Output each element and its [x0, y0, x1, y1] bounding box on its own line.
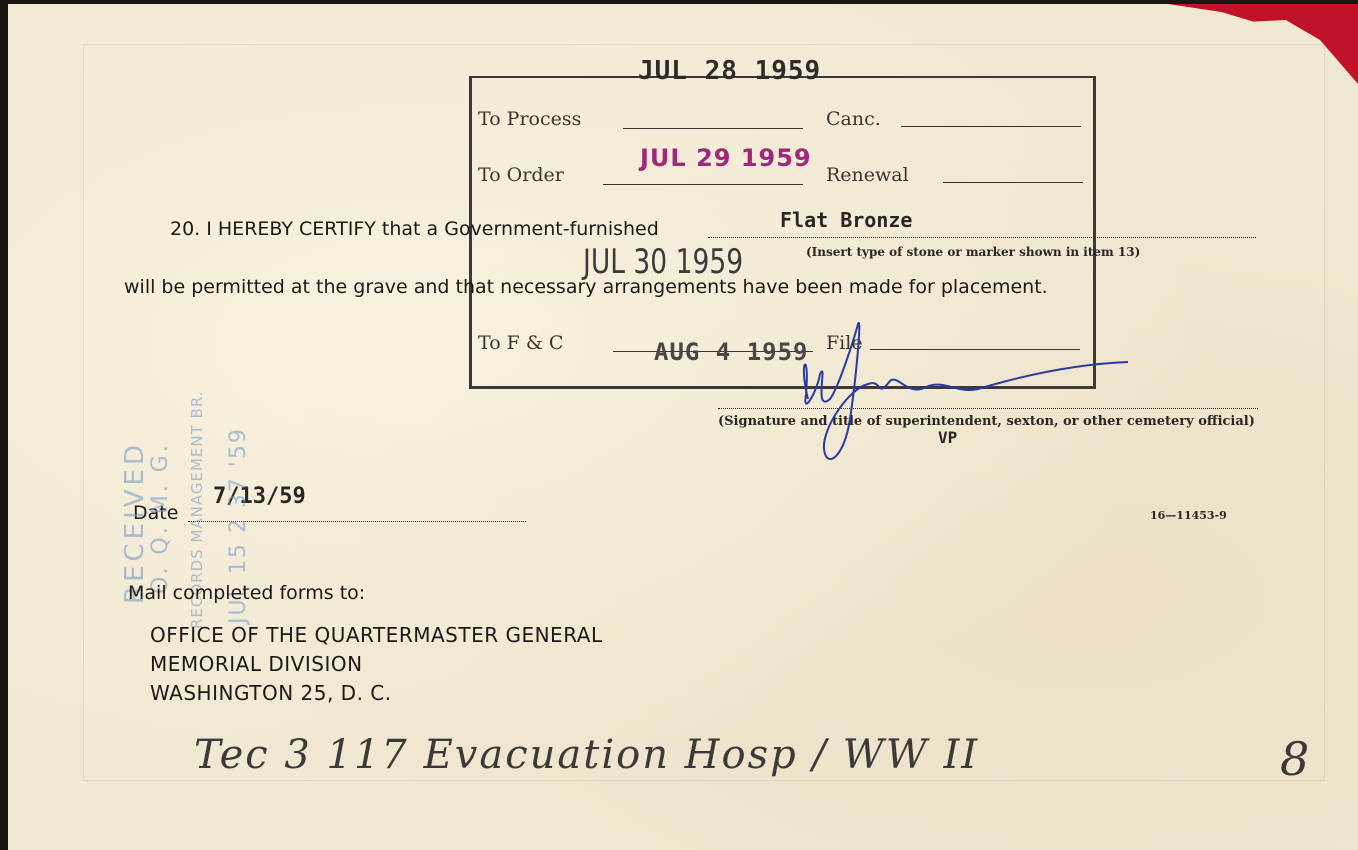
address-line-3: WASHINGTON 25, D. C.	[150, 681, 392, 705]
label-renewal: Renewal	[826, 164, 909, 186]
certification-line-1: 20. I HEREBY CERTIFY that a Government-f…	[170, 218, 659, 240]
handwritten-mark: 8	[1280, 732, 1311, 786]
label-canc: Canc.	[826, 108, 881, 130]
label-to-order: To Order	[478, 164, 564, 186]
field-canc	[901, 126, 1081, 127]
field-renewal	[943, 182, 1083, 183]
stamp-to-order-date: JUL 29 1959	[640, 144, 812, 172]
mail-to-label: Mail completed forms to:	[128, 582, 365, 604]
form-number: 16—11453-9	[1150, 509, 1227, 522]
handwritten-note: Tec 3 117 Evacuation Hosp / WW II	[194, 732, 979, 778]
label-to-f-and-c: To F & C	[478, 332, 563, 354]
field-to-order	[603, 184, 803, 185]
address-line-1: OFFICE OF THE QUARTERMASTER GENERAL	[150, 623, 603, 647]
signature-scribble	[758, 319, 1138, 469]
address-line-2: MEMORIAL DIVISION	[150, 652, 363, 676]
field-to-process	[623, 128, 803, 129]
label-to-process: To Process	[478, 108, 581, 130]
blue-stamp-line-2: O. Q. M. G.	[148, 442, 173, 594]
stamp-date-top: JUL 28 1959	[638, 56, 821, 86]
marker-type-field	[708, 237, 1256, 238]
blue-stamp-line-1: RECEIVED	[120, 441, 150, 604]
marker-type-value: Flat Bronze	[780, 208, 912, 232]
marker-type-hint: (Insert type of stone or marker shown in…	[806, 245, 1140, 259]
certification-line-2: will be permitted at the grave and that …	[124, 276, 1048, 298]
document-page: JUL 28 1959 To Process Canc. To Order JU…	[8, 4, 1358, 850]
